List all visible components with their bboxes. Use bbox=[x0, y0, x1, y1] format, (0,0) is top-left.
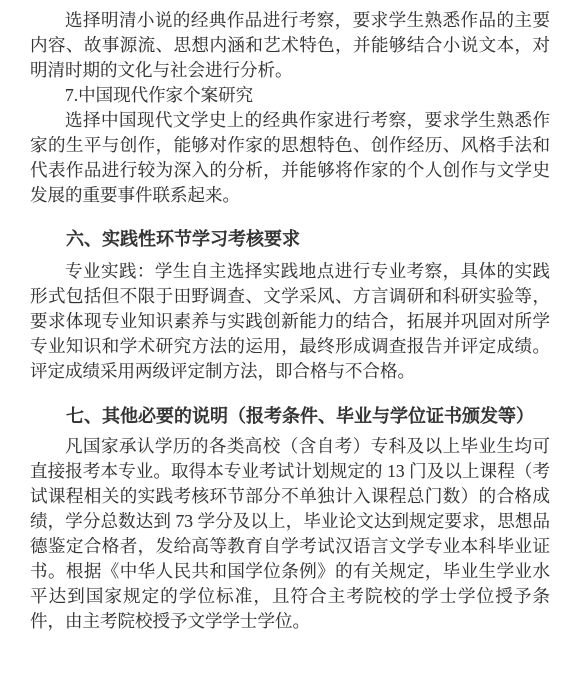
paragraph-modern-writers-study: 选择中国现代文学史上的经典作家进行考察，要求学生熟悉作家的生平与创作，能够对作家… bbox=[30, 108, 550, 208]
section-heading-7-other-notes: 七、其他必要的说明（报考条件、毕业与学位证书颁发等） bbox=[30, 404, 550, 429]
paragraph-professional-practice: 专业实践：学生自主选择实践地点进行专业考察，具体的实践形式包括但不限于田野调查、… bbox=[30, 259, 550, 384]
numbered-item-7-modern-writers-case-study: 7.中国现代作家个案研究 bbox=[30, 83, 550, 108]
paragraph-ming-qing-novels: 选择明清小说的经典作品进行考察，要求学生熟悉作品的主要内容、故事源流、思想内涵和… bbox=[30, 8, 550, 83]
document-page: 选择明清小说的经典作品进行考察，要求学生熟悉作品的主要内容、故事源流、思想内涵和… bbox=[0, 0, 581, 681]
paragraph-graduation-degree-requirements: 凡国家承认学历的各类高校（含自考）专科及以上毕业生均可直接报考本专业。取得本专业… bbox=[30, 434, 550, 634]
section-heading-6-practical-assessment: 六、实践性环节学习考核要求 bbox=[30, 227, 550, 252]
